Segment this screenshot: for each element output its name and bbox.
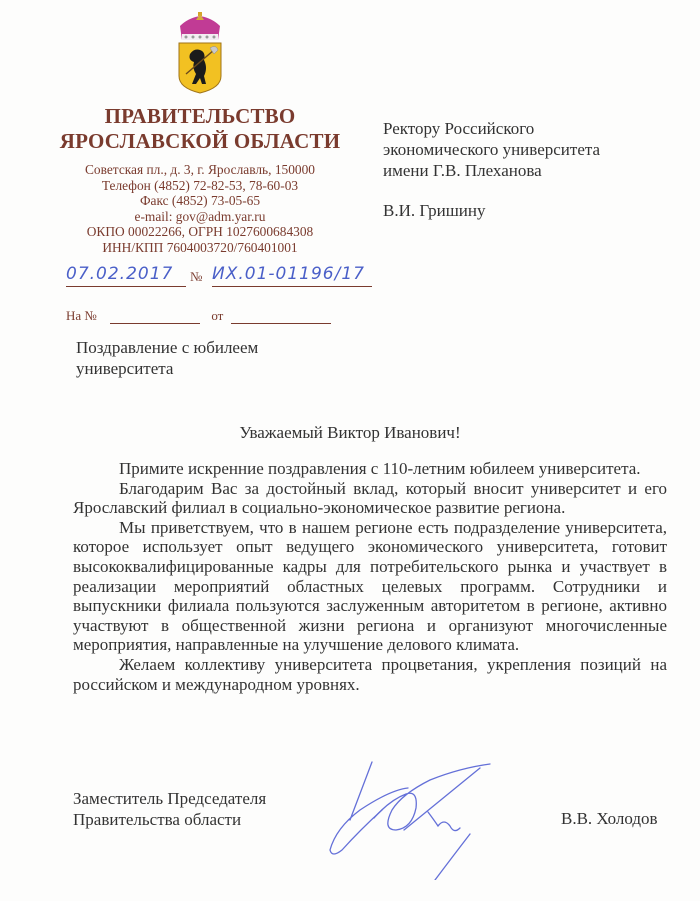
org-title-line: ПРАВИТЕЛЬСТВО: [40, 104, 360, 129]
paragraph: Примите искренние поздравления с 110-лет…: [73, 459, 667, 479]
reference-line: На № от: [66, 308, 366, 328]
letter-body: Примите искренние поздравления с 110-лет…: [73, 459, 667, 694]
subject-line: Поздравление с юбилеем: [76, 337, 258, 358]
signatory-name: В.В. Холодов: [561, 809, 658, 829]
addressee-name: В.И. Гришину: [383, 201, 486, 221]
subject-line: университета: [76, 358, 258, 379]
coat-of-arms-icon: [176, 10, 224, 94]
paragraph: Желаем коллективу университета процветан…: [73, 655, 667, 694]
registration-line: 07.02.2017 № ИХ.01-01196/17: [60, 264, 380, 294]
reference-date-blank: [231, 309, 331, 324]
paragraph: Благодарим Вас за достойный вклад, котор…: [73, 479, 667, 518]
handwritten-signature-icon: [320, 750, 510, 880]
reference-from-label: от: [211, 308, 223, 323]
fax: Факс (4852) 73-05-65: [40, 193, 360, 209]
addressee: Ректору Российского экономического униве…: [383, 118, 600, 181]
paragraph: Мы приветствуем, что в нашем регионе ест…: [73, 518, 667, 655]
signatory-title-line: Заместитель Председателя: [73, 788, 266, 809]
reference-number-label: На №: [66, 308, 97, 323]
addressee-line: экономического университета: [383, 139, 600, 160]
phone: Телефон (4852) 72-82-53, 78-60-03: [40, 178, 360, 194]
signatory-title: Заместитель Председателя Правительства о…: [73, 788, 266, 830]
address: Советская пл., д. 3, г. Ярославль, 15000…: [40, 162, 360, 178]
registration-number-label: №: [190, 269, 202, 285]
reference-number-blank: [110, 309, 200, 324]
okpo-ogrn: ОКПО 00022266, ОГРН 1027600684308: [40, 224, 360, 240]
inn-kpp: ИНН/КПП 7604003720/760401001: [40, 240, 360, 256]
registration-number: ИХ.01-01196/17: [212, 264, 372, 287]
organization-contacts: Советская пл., д. 3, г. Ярославль, 15000…: [40, 162, 360, 256]
addressee-line: Ректору Российского: [383, 118, 600, 139]
addressee-line: имени Г.В. Плеханова: [383, 160, 600, 181]
organization-title: ПРАВИТЕЛЬСТВО ЯРОСЛАВСКОЙ ОБЛАСТИ: [40, 104, 360, 154]
letter-subject: Поздравление с юбилеем университета: [76, 337, 258, 379]
signatory-title-line: Правительства области: [73, 809, 266, 830]
salutation: Уважаемый Виктор Иванович!: [0, 423, 700, 443]
registration-date: 07.02.2017: [66, 264, 186, 287]
email: e-mail: gov@adm.yar.ru: [40, 209, 360, 225]
org-title-line: ЯРОСЛАВСКОЙ ОБЛАСТИ: [40, 129, 360, 154]
